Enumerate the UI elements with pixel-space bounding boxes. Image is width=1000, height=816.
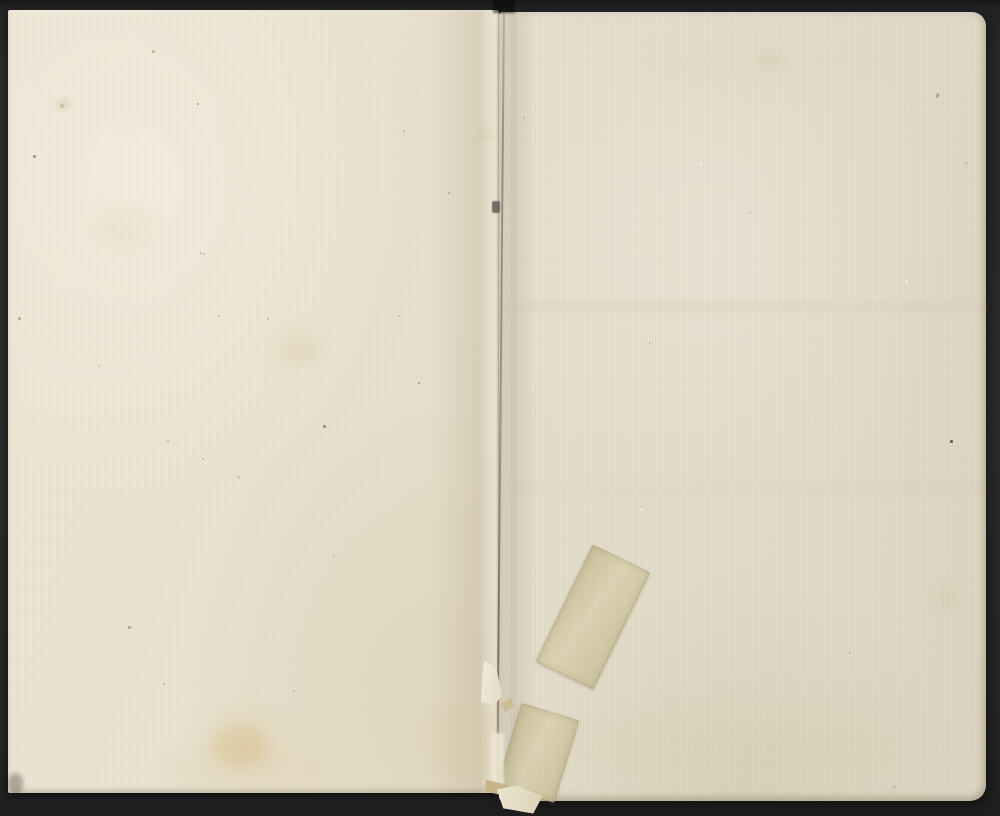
foxing-spot — [403, 130, 405, 132]
foxing-spot — [398, 315, 400, 317]
foxing-spot — [203, 253, 205, 255]
foxing-spot — [33, 155, 36, 158]
stain — [268, 325, 328, 370]
right-page-surface — [499, 12, 986, 801]
foxing-spot — [237, 475, 239, 477]
right-page — [499, 12, 986, 801]
stain — [478, 128, 494, 142]
stain — [213, 725, 268, 767]
right-page-laid-texture — [499, 12, 986, 801]
foxing-spot — [18, 317, 21, 320]
stain — [93, 205, 153, 250]
foxing-spot — [98, 365, 100, 367]
foxing-spot — [128, 626, 131, 629]
foxing-spot — [218, 315, 220, 317]
foxing-spot — [238, 477, 240, 479]
stain — [56, 98, 70, 110]
foxing-spot — [267, 318, 269, 320]
foxing-spot — [167, 440, 169, 442]
stain — [158, 750, 338, 790]
foxing-spot — [200, 252, 202, 254]
left-page-artifacts — [8, 10, 499, 793]
stain — [428, 700, 499, 785]
foxing-spot — [333, 555, 335, 557]
left-page-paper-grain — [8, 10, 499, 793]
foxing-spot — [448, 192, 450, 194]
right-page-fold-shade — [499, 12, 986, 801]
left-page — [8, 10, 499, 793]
left-page-fold-shade — [8, 10, 499, 793]
foxing-spot — [418, 382, 420, 384]
edge-smudge — [8, 773, 23, 793]
stain — [278, 335, 318, 365]
stain — [203, 710, 283, 775]
foxing-spot — [60, 104, 64, 108]
foxing-spot — [323, 425, 326, 428]
foxing-spot — [293, 690, 295, 692]
foxing-spot — [197, 103, 199, 105]
foxing-spot — [474, 140, 476, 142]
scan-root — [0, 0, 1000, 816]
foxing-spot — [163, 683, 165, 685]
foxing-spot — [152, 50, 155, 53]
foxing-spot — [202, 458, 204, 460]
